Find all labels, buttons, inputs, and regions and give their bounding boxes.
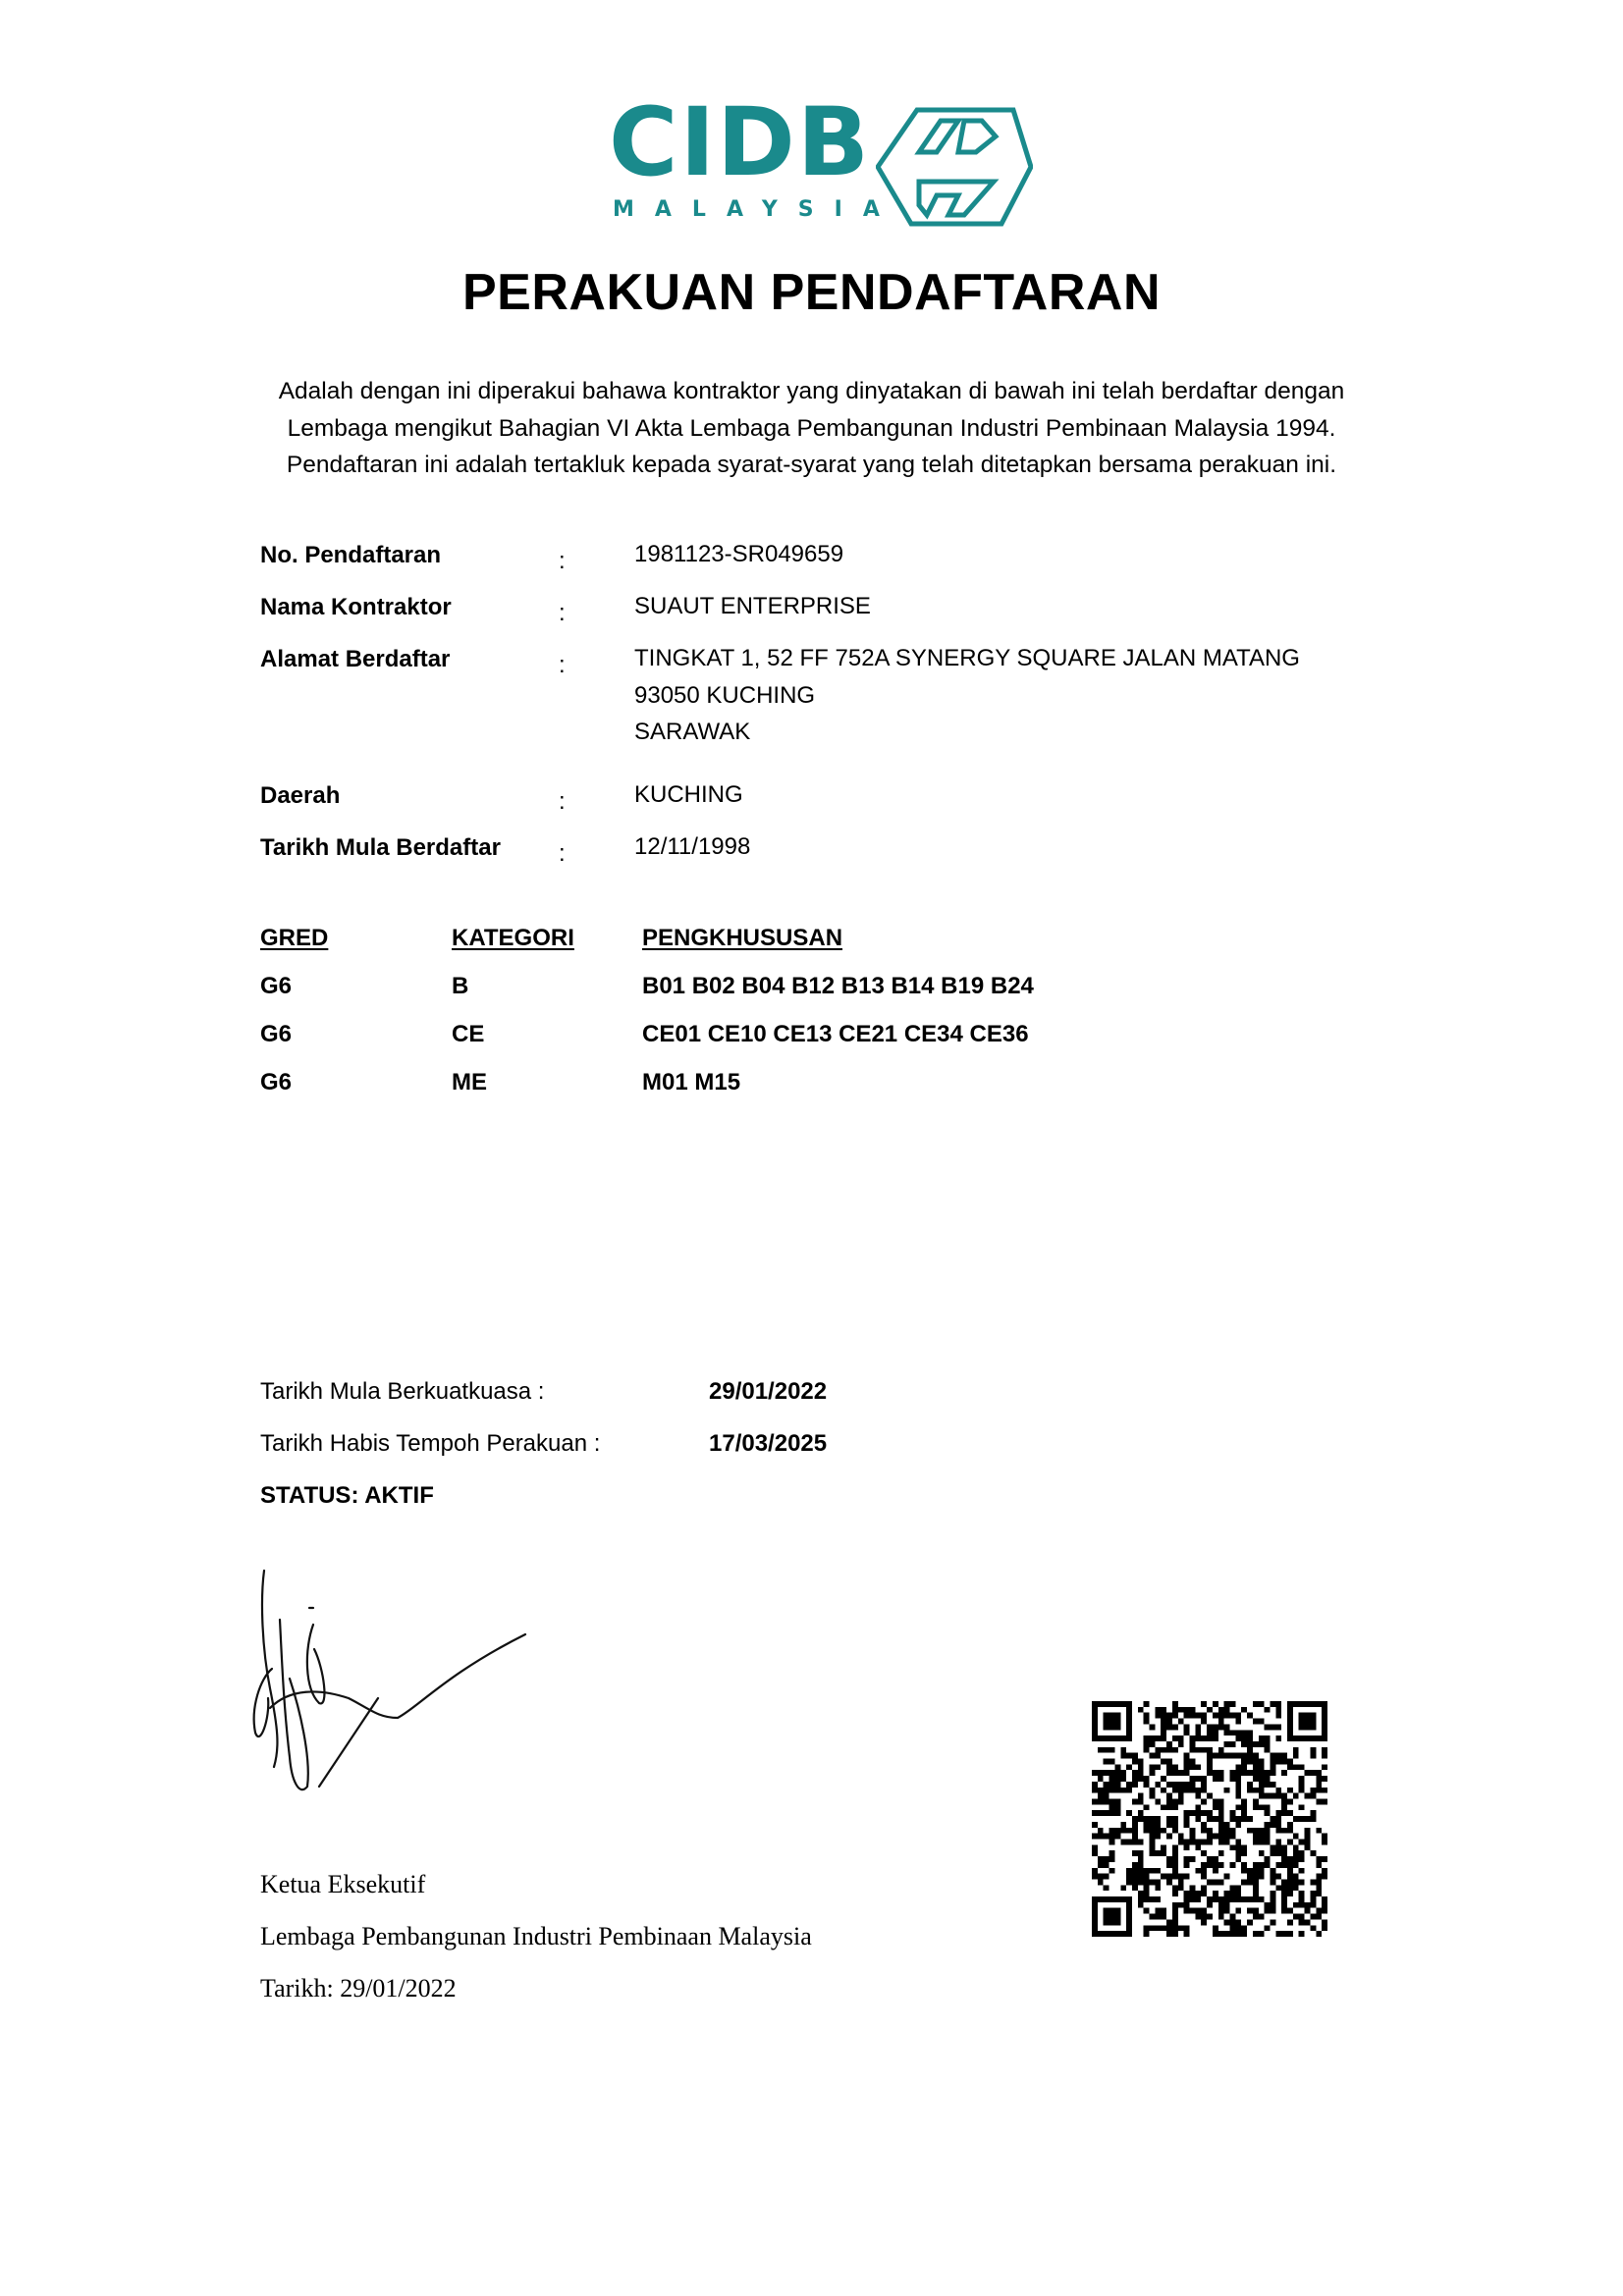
label-registered-address: Alamat Berdaftar — [260, 646, 450, 673]
header-category: KATEGORI — [452, 925, 574, 952]
page-title: PERAKUAN PENDAFTARAN — [0, 263, 1623, 322]
colon: : — [559, 788, 566, 816]
value-registered-address: TINGKAT 1, 52 FF 752A SYNERGY SQUARE JAL… — [634, 640, 1300, 751]
value-contractor-name: SUAUT ENTERPRISE — [634, 588, 871, 625]
cell-grade: G6 — [260, 1069, 292, 1096]
cidb-logo: CIDB MALAYSIA — [609, 103, 1031, 231]
logo-wordmark: CIDB — [609, 95, 871, 189]
label-effective-date: Tarikh Mula Berkuatkuasa : — [260, 1378, 544, 1406]
address-line: SARAWAK — [634, 714, 1300, 751]
label-district: Daerah — [260, 782, 340, 810]
status-badge: STATUS: AKTIF — [260, 1482, 434, 1510]
value-registration-start-date: 12/11/1998 — [634, 828, 750, 866]
label-registration-no: No. Pendaftaran — [260, 542, 441, 569]
header-specialization: PENGKHUSUSAN — [642, 925, 842, 952]
colon: : — [559, 652, 566, 679]
address-line: 93050 KUCHING — [634, 677, 1300, 715]
signatory-organization: Lembaga Pembangunan Industri Pembinaan M… — [260, 1922, 812, 1951]
value-expiry-date: 17/03/2025 — [709, 1430, 827, 1458]
signature-date: Tarikh: 29/01/2022 — [260, 1974, 457, 2003]
address-line: TINGKAT 1, 52 FF 752A SYNERGY SQUARE JAL… — [634, 640, 1300, 677]
colon: : — [559, 600, 566, 627]
cell-specialization: M01 M15 — [642, 1069, 740, 1096]
label-expiry-date: Tarikh Habis Tempoh Perakuan : — [260, 1430, 600, 1458]
label-registration-start-date: Tarikh Mula Berdaftar — [260, 834, 501, 862]
cell-specialization: B01 B02 B04 B12 B13 B14 B19 B24 — [642, 973, 1034, 1000]
intro-line: Pendaftaran ini adalah tertakluk kepada … — [196, 447, 1427, 484]
colon: : — [559, 548, 566, 575]
cell-specialization: CE01 CE10 CE13 CE21 CE34 CE36 — [642, 1021, 1029, 1048]
intro-line: Lembaga mengikut Bahagian VI Akta Lembag… — [196, 410, 1427, 448]
cell-grade: G6 — [260, 973, 292, 1000]
cell-category: CE — [452, 1021, 484, 1048]
colon: : — [559, 840, 566, 868]
qr-code-icon — [1092, 1701, 1327, 1937]
cell-grade: G6 — [260, 1021, 292, 1048]
signature-icon — [250, 1561, 535, 1801]
value-registration-no: 1981123-SR049659 — [634, 536, 843, 573]
logo-subtitle: MALAYSIA — [613, 197, 900, 222]
value-effective-date: 29/01/2022 — [709, 1378, 827, 1406]
value-district: KUCHING — [634, 776, 743, 814]
label-contractor-name: Nama Kontraktor — [260, 594, 452, 621]
intro-paragraph: Adalah dengan ini diperakui bahawa kontr… — [196, 373, 1427, 484]
cell-category: ME — [452, 1069, 487, 1096]
intro-line: Adalah dengan ini diperakui bahawa kontr… — [196, 373, 1427, 410]
cell-category: B — [452, 973, 468, 1000]
cidb-hexagon-mark-icon — [876, 107, 1033, 227]
signatory-position: Ketua Eksekutif — [260, 1870, 425, 1899]
header-grade: GRED — [260, 925, 328, 952]
